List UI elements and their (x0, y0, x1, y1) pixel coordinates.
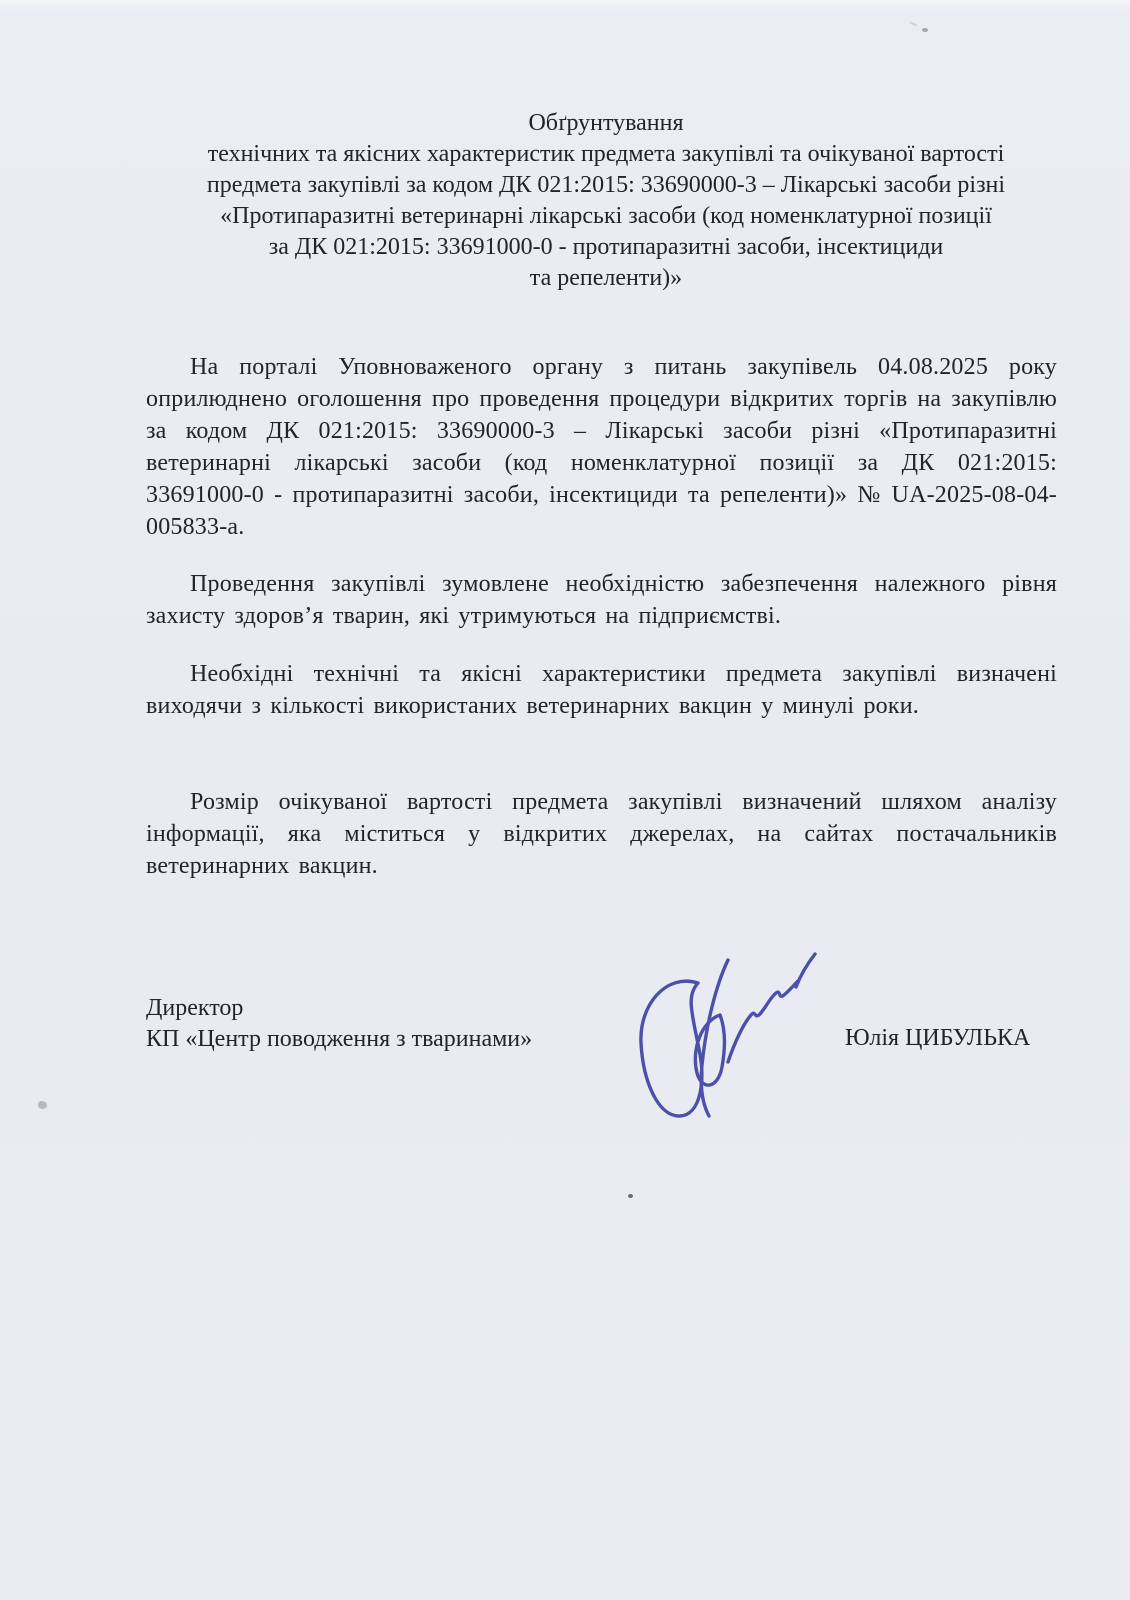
title-line-6: та репеленти)» (150, 263, 1062, 294)
title-line-3: предмета закупівлі за кодом ДК 021:2015:… (150, 170, 1062, 201)
title-line-4: «Протипаразитні ветеринарні лікарські за… (150, 201, 1062, 232)
signature-block-left: Директор КП «Центр поводження з тваринам… (146, 993, 532, 1055)
scan-speck (38, 1101, 47, 1109)
paragraph-justification: Проведення закупівлі зумовлене необхідні… (146, 568, 1057, 632)
signer-organization: КП «Центр поводження з тваринами» (146, 1024, 532, 1055)
signer-name: Юлія ЦИБУЛЬКА (845, 1023, 1030, 1054)
title-line-5: за ДК 021:2015: 33691000-0 - протипарази… (150, 232, 1062, 263)
document-page: Обґрунтування технічних та якісних харак… (0, 0, 1130, 1600)
paragraph-expected-value: Розмір очікуваної вартості предмета заку… (146, 786, 1057, 882)
title-line-2: технічних та якісних характеристик предм… (150, 139, 1062, 170)
scan-speck (922, 28, 928, 32)
paragraph-technical-characteristics: Необхідні технічні та якісні характерист… (146, 658, 1057, 722)
signature-oval-stroke (641, 981, 702, 1116)
paragraph-announcement: На порталі Уповноваженого органу з питан… (146, 351, 1057, 543)
document-title: Обґрунтування технічних та якісних харак… (150, 108, 1062, 294)
signer-role: Директор (146, 993, 532, 1024)
scan-speck (628, 1194, 633, 1198)
scan-speck (909, 21, 918, 27)
signature-tick-stroke (796, 954, 815, 987)
signature-ink (598, 925, 830, 1130)
title-line-1: Обґрунтування (150, 108, 1062, 139)
signature-squiggle-stroke (728, 981, 798, 1062)
